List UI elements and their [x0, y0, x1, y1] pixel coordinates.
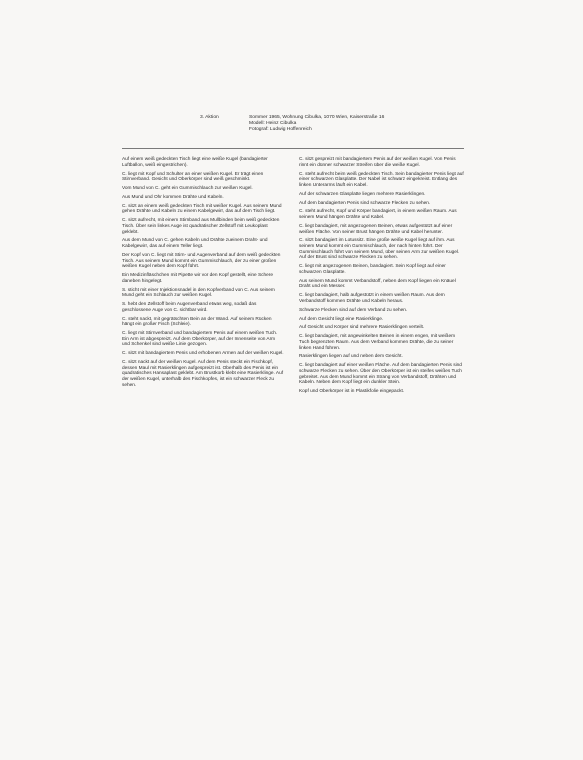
paragraph: C. liegt mit Stirnverband und bandagiert… — [122, 331, 284, 348]
paragraph: C. liegt bandagiert auf einer weißen Flä… — [299, 363, 465, 386]
right-text-column: C. sitzt gespreizt mit bandagiertem Peni… — [299, 157, 465, 398]
paragraph: C. sitzt aufrecht, mit einem Stirnband a… — [122, 218, 284, 235]
paragraph: C. sitzt bandagiert im Lotussitz. Eine g… — [299, 238, 465, 261]
paragraph: Kopf und Oberkörper ist in Plastikfolie … — [299, 389, 465, 395]
paragraph: C. liegt mit angezogenen Beinen, bandagi… — [299, 264, 465, 275]
action-number-label: 3. Aktion — [200, 115, 219, 121]
paragraph: Aus Mund und Ohr kommen Drähte und Kabel… — [122, 195, 284, 201]
paragraph: C. liegt bandagiert, mit angewinkelten B… — [299, 334, 465, 351]
paragraph: C. sitzt an einem weiß gedeckten Tisch m… — [122, 204, 284, 215]
paragraph: C. liegt mit Kopf und Schulter an einer … — [122, 172, 284, 183]
paragraph: C. liegt bandagiert, halb aufgestützt in… — [299, 293, 465, 304]
header-divider — [122, 148, 464, 149]
paragraph: Der Kopf von C. liegt mit Stirn- und Aug… — [122, 253, 284, 270]
paragraph: Aus dem Mund von C. gehen Kabeln und Drä… — [122, 238, 284, 249]
paragraph: Auf dem bandagierten Penis sind schwarze… — [299, 201, 465, 207]
paragraph: S. sticht mit einer Injektionsnadel in d… — [122, 288, 284, 299]
paragraph: Auf der schwarzen Glasplatte liegen mehr… — [299, 192, 465, 198]
paragraph: Auf dem Gesicht liegt eine Rasierklinge. — [299, 317, 465, 323]
paragraph: C. liegt bandagiert, mit angezogenen Bei… — [299, 224, 465, 235]
paragraph: Aus seinem Mund kommt Verbandstoff, nebe… — [299, 279, 465, 290]
action-metadata: Sommer 1965, Wohnung Cibulka, 1070 Wien,… — [249, 115, 384, 134]
paragraph: Ein Medizinfläschchen mit Pipette wir vo… — [122, 273, 284, 284]
paragraph: C. sitzt gespreizt mit bandagiertem Peni… — [299, 157, 465, 168]
left-text-column: Auf einem weiß gedeckten Tisch liegt ein… — [122, 157, 284, 392]
photographer-credit: Fotograf: Ludwig Hoffenreich — [249, 127, 384, 133]
paragraph: S. hebt den Zellstoff beim Augenverband … — [122, 302, 284, 313]
paragraph: C. sitzt mit bandagiertem Penis und erho… — [122, 351, 284, 357]
paragraph: C. steht nackt, mit gegrätschten Bein an… — [122, 317, 284, 328]
paragraph: Auf Gesicht und Körper sind mehrere Rasi… — [299, 325, 465, 331]
paragraph: Rasierklingen liegen auf und neben dem G… — [299, 354, 465, 360]
paragraph: Schwarze Flecken sind auf dem Verband zu… — [299, 308, 465, 314]
paragraph: C. sitzt nackt auf der weißen Kugel. Auf… — [122, 360, 284, 389]
paragraph: C. steht aufrecht beim weiß gedeckten Ti… — [299, 172, 465, 189]
paragraph: Auf einem weiß gedeckten Tisch liegt ein… — [122, 157, 284, 168]
paragraph: Vom Mund von C. geht ein Gummischlauch z… — [122, 186, 284, 192]
paragraph: C. steht aufrecht, Kopf und Körper banda… — [299, 209, 465, 220]
